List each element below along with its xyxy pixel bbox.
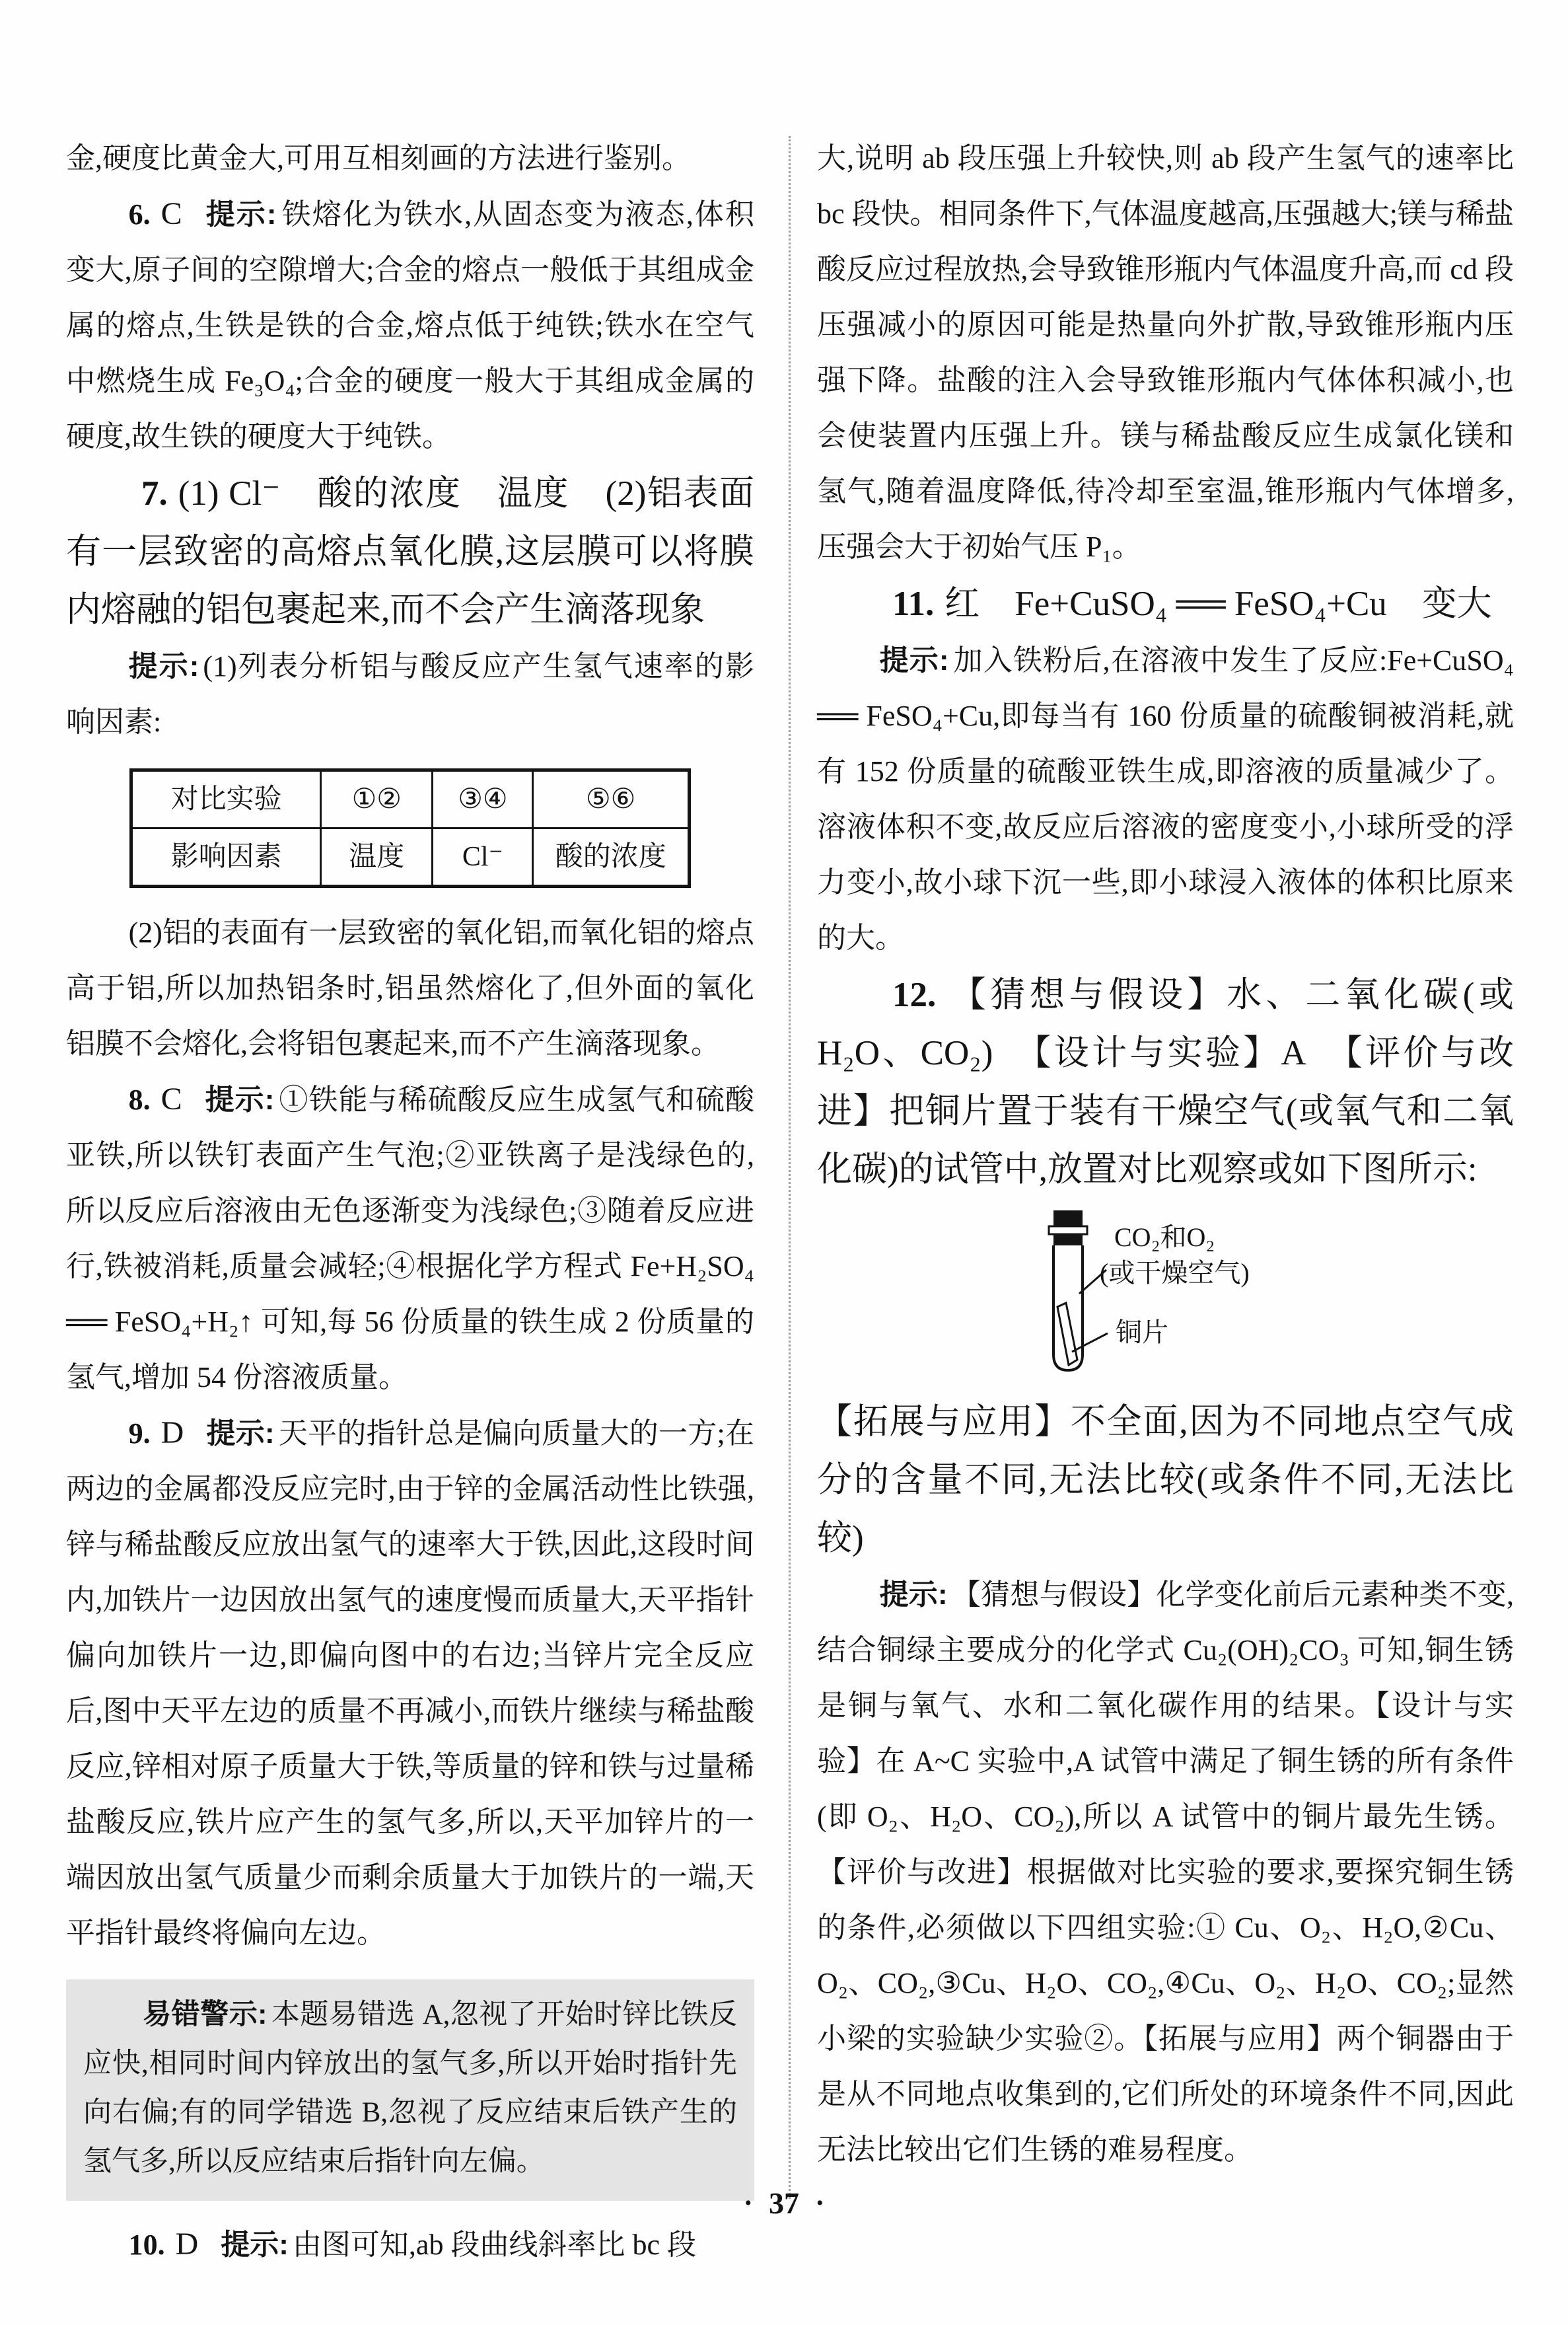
table-row: 影响因素 温度 Cl⁻ 酸的浓度	[131, 829, 690, 887]
carryover-text: 金,硬度比黄金大,可用互相刻画的方法进行鉴别。	[66, 142, 691, 174]
question-6: 6.C提示:铁熔化为铁水,从固态变为液态,体积变大,原子间的空隙增大;合金的熔点…	[66, 186, 754, 464]
question-number: 9.	[129, 1417, 151, 1450]
question-10-continued: 大,说明 ab 段压强上升较快,则 ab 段产生氢气的速率比 bc 段快。相同条…	[817, 131, 1514, 575]
table-cell: 温度	[321, 829, 433, 887]
answer-letter: C	[161, 196, 182, 231]
hint-text: 由图可知,ab 段曲线斜率比 bc 段	[293, 2229, 696, 2261]
question-number: 11.	[892, 585, 934, 623]
leader-line-strip	[1072, 1333, 1108, 1352]
table-cell: Cl⁻	[433, 829, 533, 887]
hint-label: 提示:	[205, 198, 277, 231]
hint-text: ①铁能与稀硫酸反应生成氢气和硫酸亚铁,所以铁钉表面产生气泡;②亚铁离子是浅绿色的…	[66, 1084, 754, 1393]
question-7-hint-part2: (2)铝的表面有一层致密的氧化铝,而氧化铝的熔点高于铝,所以加热铝条时,铝虽然熔…	[66, 905, 754, 1072]
table-cell: ①②	[321, 770, 433, 829]
warning-label: 易错警示:	[143, 1999, 267, 2030]
hint-label: 提示:	[880, 1578, 948, 1611]
comparison-table: 对比实验 ①② ③④ ⑤⑥ 影响因素 温度 Cl⁻ 酸的浓度	[129, 768, 691, 888]
gas-label-line1: CO₂和O₂	[1114, 1222, 1215, 1252]
question-7-answer: 7.(1) Cl⁻ 酸的浓度 温度 (2)铝表面有一层致密的高熔点氧化膜,这层膜…	[66, 464, 754, 639]
hint-label: 提示:	[880, 644, 949, 677]
question-number: 12.	[892, 976, 936, 1014]
hint-text: 【猜想与假设】化学变化前后元素种类不变,结合铜绿主要成分的化学式 Cu₂(OH)…	[817, 1578, 1514, 2166]
question-11-hint: 提示:加入铁粉后,在溶液中发生了反应:Fe+CuSO₄ ══ FeSO₄+Cu,…	[817, 633, 1514, 966]
hint-label: 提示:	[205, 1084, 275, 1116]
warning-box: 易错警示:本题易错选 A,忽视了开始时锌比铁反应快,相同时间内锌放出的氢气多,所…	[66, 1979, 754, 2201]
answer-letter: C	[161, 1082, 182, 1117]
right-column: 大,说明 ab 段压强上升较快,则 ab 段产生氢气的速率比 bc 段快。相同条…	[817, 131, 1514, 2178]
hint-label: 提示:	[206, 1417, 274, 1450]
question-7-hint-intro: 提示:(1)列表分析铝与酸反应产生氢气速率的影响因素:	[66, 639, 754, 750]
column-divider	[789, 136, 791, 2199]
question-number: 7.	[141, 474, 168, 513]
gas-label-line2: (或干燥空气)	[1100, 1258, 1250, 1288]
table-cell: ⑤⑥	[533, 770, 690, 829]
carryover-paragraph: 金,硬度比黄金大,可用互相刻画的方法进行鉴别。	[66, 131, 754, 186]
hint-text: 天平的指针总是偏向质量大的一方;在两边的金属都没反应完时,由于锌的金属活动性比铁…	[66, 1417, 754, 1949]
table-row: 对比实验 ①② ③④ ⑤⑥	[131, 770, 690, 829]
table-cell: 对比实验	[131, 770, 321, 829]
copper-strip-label: 铜片	[1116, 1317, 1168, 1347]
answer-text: 【拓展与应用】不全面,因为不同地点空气成分的含量不同,无法比较(或条件不同,无法…	[817, 1403, 1514, 1557]
left-column: 金,硬度比黄金大,可用互相刻画的方法进行鉴别。 6.C提示:铁熔化为铁水,从固态…	[66, 131, 754, 2273]
stopper-cap	[1053, 1210, 1083, 1226]
footer-bullet-left: •	[727, 2192, 769, 2214]
page-number: 37	[769, 2186, 799, 2220]
hint-text: 加入铁粉后,在溶液中发生了反应:Fe+CuSO₄ ══ FeSO₄+Cu,即每当…	[817, 644, 1514, 954]
question-12-hint: 提示:【猜想与假设】化学变化前后元素种类不变,结合铜绿主要成分的化学式 Cu₂(…	[817, 1567, 1514, 2178]
answer-text: 红 Fe+CuSO₄ ══ FeSO₄+Cu 变大	[944, 585, 1492, 623]
footer-bullet-right: •	[799, 2192, 841, 2214]
warning-paragraph: 易错警示:本题易错选 A,忽视了开始时锌比铁反应快,相同时间内锌放出的氢气多,所…	[83, 1990, 737, 2186]
question-10: 10.D提示:由图可知,ab 段曲线斜率比 bc 段	[66, 2217, 754, 2273]
stopper-base	[1053, 1234, 1083, 1245]
question-12-answer-part2: 【拓展与应用】不全面,因为不同地点空气成分的含量不同,无法比较(或条件不同,无法…	[817, 1393, 1514, 1567]
answer-text: (1) Cl⁻ 酸的浓度 温度 (2)铝表面有一层致密的高熔点氧化膜,这层膜可以…	[66, 474, 754, 629]
question-9: 9.D提示:天平的指针总是偏向质量大的一方;在两边的金属都没反应完时,由于锌的金…	[66, 1405, 754, 1961]
question-number: 10.	[129, 2229, 165, 2261]
book-page: 金,硬度比黄金大,可用互相刻画的方法进行鉴别。 6.C提示:铁熔化为铁水,从固态…	[0, 0, 1568, 2325]
question-number: 6.	[129, 198, 151, 231]
answer-letter: D	[161, 1415, 184, 1450]
table-cell: 酸的浓度	[533, 829, 690, 887]
stopper-collar	[1049, 1226, 1087, 1234]
answer-letter: D	[176, 2227, 199, 2262]
hint-label: 提示:	[221, 2229, 289, 2261]
hint-text: (2)铝的表面有一层致密的氧化铝,而氧化铝的熔点高于铝,所以加热铝条时,铝虽然熔…	[66, 916, 754, 1060]
table-cell: 影响因素	[131, 829, 321, 887]
page-footer: •37•	[0, 2186, 1568, 2221]
copper-strip	[1057, 1303, 1077, 1365]
test-tube-diagram: CO₂和O₂ (或干燥空气) 铜片	[817, 1208, 1514, 1386]
question-12-answer: 12.【猜想与假设】水、二氧化碳(或 H₂O、CO₂) 【设计与实验】A 【评价…	[817, 966, 1514, 1199]
table-cell: ③④	[433, 770, 533, 829]
question-8: 8.C提示:①铁能与稀硫酸反应生成氢气和硫酸亚铁,所以铁钉表面产生气泡;②亚铁离…	[66, 1072, 754, 1405]
test-tube-illustration: CO₂和O₂ (或干燥空气) 铜片	[1002, 1208, 1411, 1386]
hint-text: 大,说明 ab 段压强上升较快,则 ab 段产生氢气的速率比 bc 段快。相同条…	[817, 142, 1514, 563]
hint-text: 铁熔化为铁水,从固态变为液态,体积变大,原子间的空隙增大;合金的熔点一般低于其组…	[66, 198, 754, 453]
hint-label: 提示:	[129, 650, 199, 683]
question-number: 8.	[129, 1084, 151, 1116]
question-11-answer: 11.红 Fe+CuSO₄ ══ FeSO₄+Cu 变大	[817, 575, 1514, 633]
